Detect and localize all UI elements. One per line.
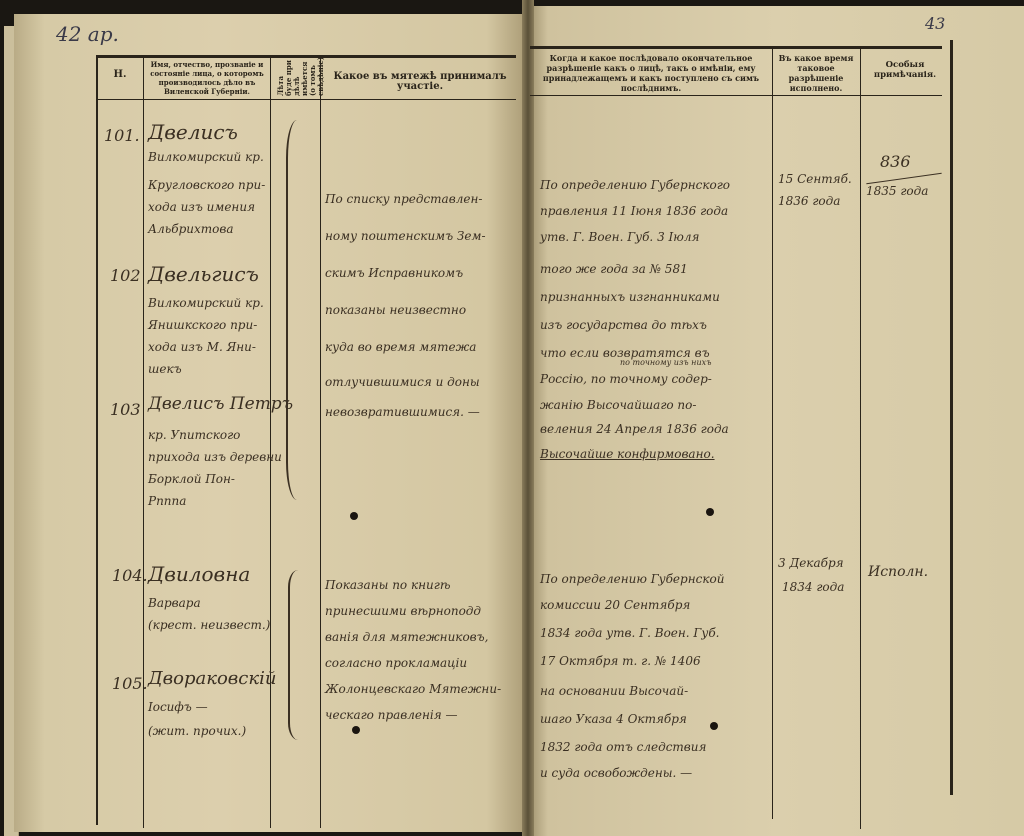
entry-surname: Двельгисъ — [148, 262, 259, 286]
entry-line: хода изъ М. Яни- — [148, 340, 256, 354]
entry-line: (крест. неизвест.) — [148, 618, 270, 632]
rule-n-name — [143, 58, 144, 828]
entry-line: Вилкомирский кр. — [148, 150, 264, 164]
binding-hole — [706, 508, 714, 516]
entry-surname: Двиловна — [148, 562, 250, 586]
left-folio-number: 42 ар. — [56, 22, 119, 46]
entry-line: шекъ — [148, 362, 182, 376]
group2-notes: Исполн. — [868, 564, 928, 580]
entry-number: 104. — [112, 566, 148, 585]
text-line: Жолонцевскаго Мятежни- — [325, 682, 501, 696]
header-bottom-rule-left — [96, 99, 516, 100]
entry-line: хода изъ имения — [148, 200, 255, 214]
rule-left-border — [96, 55, 98, 825]
brace-group-2 — [288, 570, 308, 740]
text-line: принесшими вѣрноподд — [325, 604, 481, 618]
text-line: По определению Губернского — [540, 178, 730, 192]
text-line: Россію, по точному содер- — [540, 372, 712, 386]
text-line: показаны неизвестно — [325, 303, 466, 317]
entry-number: 103 — [110, 400, 141, 419]
entry-surname: Двораковскій — [148, 668, 276, 689]
brace-group-1 — [286, 120, 308, 500]
text-line: жанію Высочайшаго по- — [540, 398, 696, 412]
text-line: 1834 года утв. Г. Воен. Губ. — [540, 626, 719, 640]
text-line: комиссии 20 Сентября — [540, 598, 690, 612]
header-bottom-rule-right — [530, 95, 942, 96]
entry-line: Іосифъ — — [148, 700, 208, 714]
text-line: куда во время мятежа — [325, 340, 476, 354]
entry-line: Вилкомирский кр. — [148, 296, 264, 310]
text-line: По списку представлен- — [325, 192, 482, 206]
entry-line: прихода изъ деревни — [148, 450, 282, 464]
rule-right-border — [950, 40, 953, 795]
header-executed: Въ какое время таковое разрѣшеніе исполн… — [774, 53, 858, 93]
group2-executed-year: 1834 года — [782, 580, 844, 594]
entry-number: 102 — [110, 266, 141, 285]
header-participation: Какое въ мятежѣ принималъ участіе. — [322, 72, 518, 92]
text-line: изъ государства до тѣхъ — [540, 318, 707, 332]
entry-line: Кругловского при- — [148, 178, 265, 192]
text-line: Высочайше конфирмовано. — [540, 447, 715, 461]
entry-number: 105. — [112, 674, 148, 693]
text-line: согласно прокламаціи — [325, 656, 467, 670]
entry-line: кр. Упитского — [148, 428, 240, 442]
entry-line: Янишкского при- — [148, 318, 257, 332]
entry-line: Борклой Пон- — [148, 472, 235, 486]
text-line: отлучившимися и доны — [325, 375, 480, 389]
text-line: Показаны по книгѣ — [325, 578, 450, 592]
interlinear-note: по точному изъ нихъ — [620, 358, 711, 367]
binding-hole — [710, 722, 718, 730]
text-line: ванія для мятежниковъ, — [325, 630, 488, 644]
text-line: признанныхъ изгнанниками — [540, 290, 720, 304]
rule-name-presence — [270, 58, 271, 828]
header-presence: Лѣта буде при дѣлѣ имѣется (о томъ свѣдѣ… — [277, 60, 317, 96]
header-name: Имя, отчество, прозваніе и состояніе лиц… — [145, 60, 269, 96]
binding-hole — [350, 512, 358, 520]
text-line: шаго Указа 4 Октября — [540, 712, 687, 726]
group1-notes-year: 1835 года — [866, 184, 928, 198]
text-line: ному поштенскимъ Зем- — [325, 229, 486, 243]
entry-line: (жит. прочих.) — [148, 724, 246, 738]
group1-executed-year: 1836 года — [778, 194, 840, 208]
entry-number: 101. — [104, 126, 140, 145]
rule-executed-notes — [860, 49, 861, 829]
header-notes: Особыя примѣчанія. — [862, 60, 948, 80]
book-gutter — [522, 0, 534, 836]
rule-resolution-executed — [772, 49, 773, 819]
text-line: того же года за № 581 — [540, 262, 688, 276]
group1-notes-number: 836 — [880, 152, 911, 171]
text-line: и суда освобождены. — — [540, 766, 692, 780]
group1-executed-date: 15 Сентяб. — [778, 172, 852, 186]
entry-surname: Двелисъ Петръ — [148, 394, 293, 414]
text-line: веления 24 Апреля 1836 года — [540, 422, 729, 436]
header-n: Н. — [98, 70, 142, 80]
text-line: скимъ Исправникомъ — [325, 266, 463, 280]
entry-surname: Двелисъ — [148, 120, 238, 144]
group2-executed-date: 3 Декабря — [778, 556, 844, 570]
entry-line: Альбрихтова — [148, 222, 234, 236]
text-line: правления 11 Іюня 1836 года — [540, 204, 728, 218]
text-line: По определению Губернской — [540, 572, 724, 586]
text-line: ческаго правленія — — [325, 708, 458, 722]
binding-hole — [352, 726, 360, 734]
header-top-rule-right — [530, 46, 942, 49]
header-top-rule-left — [96, 55, 516, 58]
text-line: невозвратившимися. — — [325, 405, 480, 419]
entry-line: Варвара — [148, 596, 201, 610]
text-line: 17 Октября т. г. № 1406 — [540, 654, 701, 668]
text-line: 1832 года отъ следствия — [540, 740, 706, 754]
rule-presence-participation — [320, 58, 321, 828]
right-folio-number: 43 — [925, 14, 945, 33]
text-line: утв. Г. Воен. Губ. 3 Іюля — [540, 230, 699, 244]
header-resolution: Когда и какое послѣдовало окончательное … — [532, 53, 770, 93]
entry-line: Рпппа — [148, 494, 186, 508]
text-line: на основании Высочай- — [540, 684, 688, 698]
